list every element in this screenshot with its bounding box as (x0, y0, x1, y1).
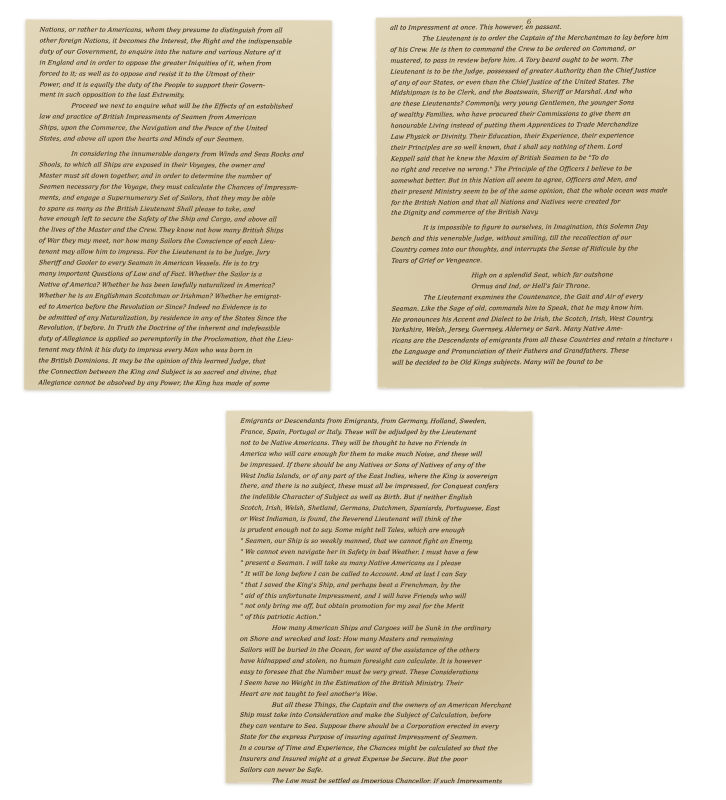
text-line: How many American Ships and Cargoes will… (239, 624, 520, 635)
text-line: Tears of Grief or Vengeance. (391, 255, 672, 267)
text-line: they can venture to Sea. Suppose there s… (239, 722, 520, 733)
text-line: America who will care enough for them to… (240, 449, 521, 460)
text-line: on Shore and wrecked and lost: How many … (239, 635, 520, 646)
text-line: have kidnapped and stolen, no human fore… (239, 657, 520, 668)
text-line: In a course of Time and Experience, the … (239, 744, 520, 755)
text-line: Lieutenant is to be the Judge, possessed… (390, 66, 671, 78)
text-line: I Seem have no Weight in the Estimation … (239, 679, 520, 690)
text-line: Nations, or rather to Americans, whom th… (39, 26, 320, 38)
text-line: will be decided to be Old Kings subjects… (391, 357, 672, 369)
manuscript-page-1: Nations, or rather to Americans, whom th… (24, 19, 331, 390)
text-line: " We cannot even navigate her in Safety … (239, 548, 520, 559)
text-line: their present Ministry seem to be of the… (390, 186, 671, 198)
text-line: Allegiance cannot be absolved by any Pow… (38, 379, 319, 391)
text-line: Scotch, Irish, Welsh, Shetland, Germans,… (240, 504, 521, 515)
text-line: France, Spain, Portugal or Italy. These … (240, 428, 521, 439)
text-line: Sailors can never be Safe. (239, 766, 520, 777)
text-line: be impressed. If there should be any Nat… (240, 460, 521, 471)
text-line: Seamen necessary for the Voyage, they mu… (38, 182, 319, 194)
text-line: Native of America? Whether he has been l… (38, 280, 319, 292)
text-line: " that I saved the King's Ship, and perh… (239, 580, 520, 591)
text-line: Insurers and Insured might at a great Ex… (239, 755, 520, 766)
text-line: In considering the innumerable dangers f… (39, 149, 320, 161)
manuscript-page-3: Emigrants or Descendants from Emigrants,… (226, 411, 533, 784)
text-line: not to be Native Americans. They will be… (240, 439, 521, 450)
text-line: the Dignity and commerce of the British … (391, 208, 672, 220)
text-line: Shoals, to which all Ships are exposed i… (39, 160, 320, 172)
text-line: " Seamen, our Ship is so weakly manned, … (240, 537, 521, 548)
text-line: " present a Seaman. I will take as many … (239, 559, 520, 570)
text-line: Seaman. Like the Sage of old, commands h… (391, 303, 672, 315)
text-line: duty of our Government, to enquire into … (39, 47, 320, 59)
text-line: " It will be long before I can be called… (239, 569, 520, 580)
text-line: The Law must be settled as Imperious Cha… (239, 777, 520, 784)
text-line: Sailors will be buried in the Ocean, for… (239, 646, 520, 657)
text-line: Heart are not taught to feel another's W… (239, 689, 520, 700)
text-line: ed to America before the Revolution or S… (38, 302, 319, 314)
manuscript-page-2: 6 all to Impressment at once. This howev… (376, 16, 684, 388)
text-line: State for the express Purpose of insurin… (239, 733, 520, 744)
text-line: other foreign Nations, it becomes the In… (39, 36, 320, 48)
text-line: Whether he is an Englishman Scotchman or… (38, 291, 319, 303)
text-line: many important Questions of Law and of F… (38, 269, 319, 281)
text-line: " of this patriotic Action." (239, 613, 520, 624)
text-line: or West Indiaman, is found, the Reverend… (240, 515, 521, 526)
text-line: in England and in order to oppose the gr… (39, 58, 320, 70)
text-line: ments, and engage a Supernumerary Set of… (38, 193, 319, 205)
text-line: is prudent enough not to say. Some might… (240, 526, 521, 537)
text-line: somewhat better. But in this Nation all … (390, 175, 671, 187)
text-line: States, and above all upon the hearts an… (39, 135, 320, 147)
text-line: Emigrants or Descendants from Emigrants,… (240, 417, 521, 428)
text-line: forced to it; as well as to oppose and r… (39, 69, 320, 81)
text-line: the indelible Character of Subject as we… (240, 493, 521, 504)
text-line: easy to foresee that the Number must be … (239, 668, 520, 679)
text-line: Master must sit down together, and in or… (39, 171, 320, 183)
text-line: Sheriff and Gaoler to every Seaman in Am… (38, 259, 319, 271)
